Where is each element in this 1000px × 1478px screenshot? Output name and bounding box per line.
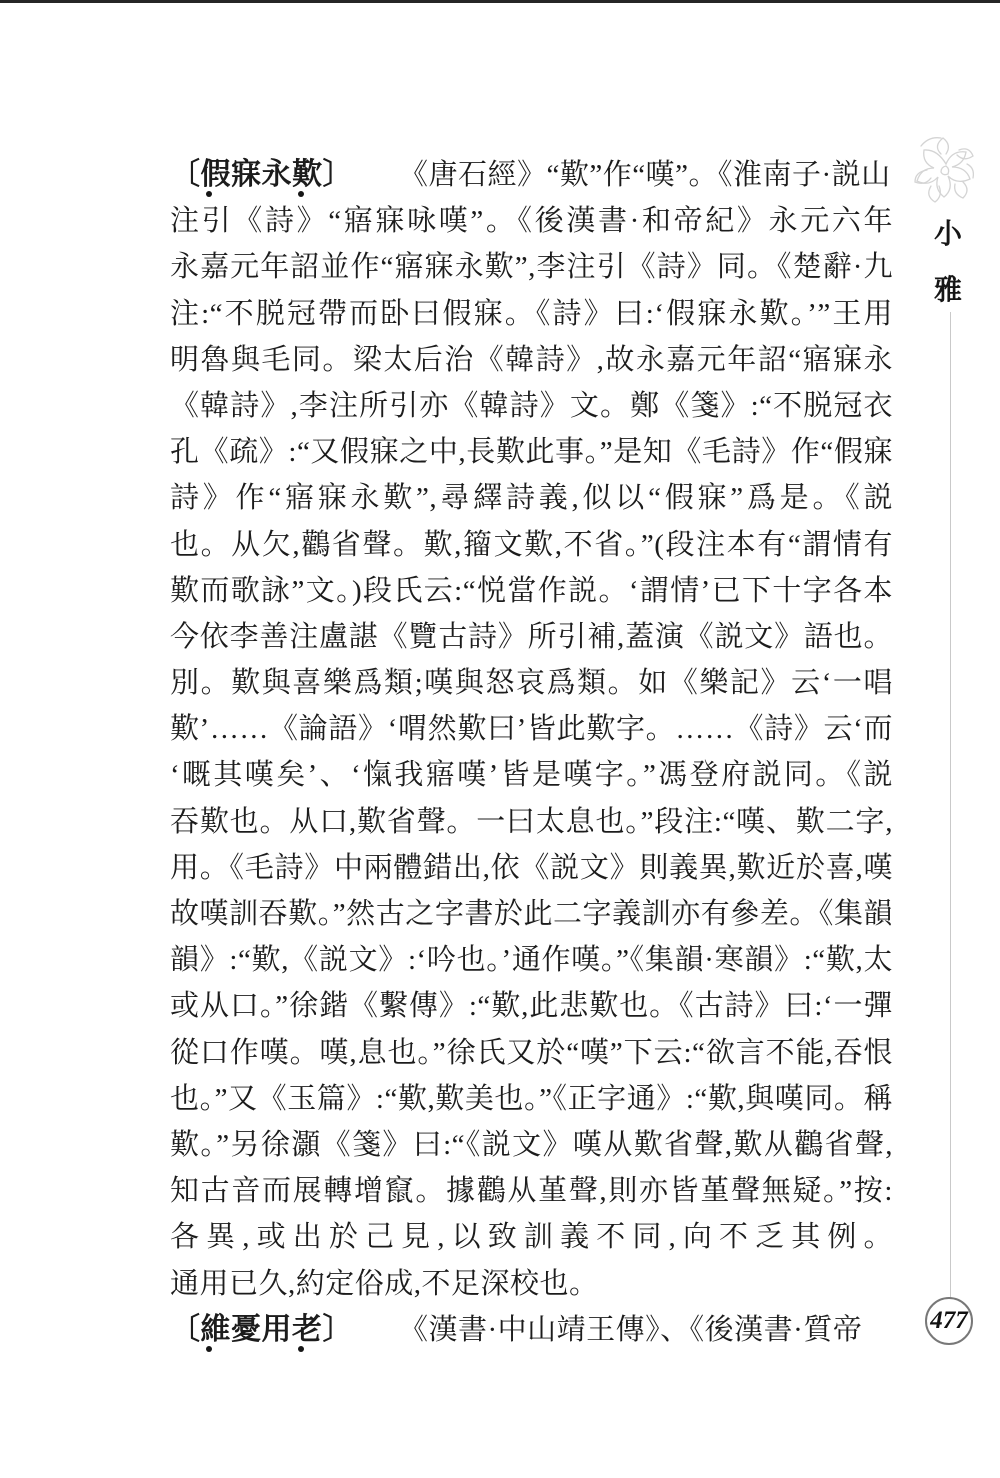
entry-headline: 〔維憂用老〕《漢書·中山靖王傳》、《後漢書·質帝紀》注 (170, 1307, 893, 1353)
scan-edge-artifact (0, 0, 1000, 3)
body-line: 韻》:“歎,《説文》:‘吟也。’通作嘆。”《集韻·寒韻》:“歎,太息也, (170, 937, 893, 983)
body-line: 歎而歌詠”文。)段氏云:“悦當作説。‘謂情’已下十字各本所無, (170, 568, 893, 614)
emphasis-dot (298, 191, 304, 197)
entry-headword: 〔維憂用老〕 (170, 1313, 353, 1346)
body-line: 孔《疏》:“又假寐之中,長歎此事。”是知《毛詩》作“假寐永歎”,《韓 (170, 429, 893, 475)
section-label: 小 雅 (928, 212, 968, 324)
body-line: 通用已久,約定俗成,不足深校也。 (170, 1261, 893, 1307)
body-line: 吞歎也。从口,歎省聲。一曰太息也。”段注:“嘆、歎二字,今人通 (170, 799, 893, 845)
body-line: 用。《毛詩》中兩體錯出,依《説文》則義異,歎近於喜,嘆近於哀。 (170, 845, 893, 891)
body-line: 也。从欠,鸛省聲。歎,籀文歎,不省。”(段注本有“謂情有所悦,吟 (170, 522, 893, 568)
section-label-char: 小 (928, 212, 968, 252)
entry-headline: 〔假寐永歎〕《唐石經》“歎”作“嘆”。《淮南子·説山訓》 (170, 152, 893, 198)
body-line: 詩》作“寤寐永歎”,尋繹詩義,似以“假寐”爲是。《説文》:“歎,吟 (170, 475, 893, 521)
section-label-char: 雅 (928, 268, 968, 308)
body-line: 從口作嘆。嘆,息也。”徐氏又於“嘆”下云:“欲言不能,吞恨而太息 (170, 1030, 893, 1076)
body-line: 注引《詩》“寤寐咏嘆”。《後漢書·和帝紀》永元六年詔、《質帝紀》 (170, 198, 893, 244)
body-line: 別。歎與喜樂爲類;嘆與怒哀爲類。如《樂記》云‘一唱而三 (170, 660, 893, 706)
body-line: 知古音而展轉增竄。據鸛从堇聲,則亦皆堇聲無疑。”按:諸家師傳 (170, 1168, 893, 1214)
emphasis-dot (298, 1346, 304, 1352)
body-line: 注:“不脱冠帶而卧曰假寐。《詩》曰:‘假寐永歎。’”王用《魯詩》, (170, 291, 893, 337)
body-line: 歎。”另徐灝《箋》曰:“《説文》嘆从歎省聲,歎从鸛省聲,乃後人不 (170, 1122, 893, 1168)
body-line: 永嘉元年詔並作“寤寐永歎”,李注引《詩》同。《楚辭·九懷》王逸 (170, 244, 893, 290)
page-number: 477 (930, 1307, 968, 1335)
emphasis-dot (206, 1346, 212, 1352)
entry-headword: 〔假寐永歎〕 (170, 158, 353, 191)
floral-stamp-icon (901, 124, 991, 221)
section-divider-line (950, 312, 951, 1298)
entry-body: 〔假寐永歎〕《唐石經》“歎”作“嘆”。《淮南子·説山訓》 注引《詩》“寤寐咏嘆”… (170, 152, 893, 1353)
body-line: ‘嘅其嘆矣’、‘愾我寤嘆’皆是嘆字。”馮登府説同。《説文》:“嘆, (170, 752, 893, 798)
body-line: 也。”又《玉篇》:“歎,歎美也。”《正字通》:“歎,與嘆同。稱美曰 (170, 1076, 893, 1122)
body-line: 《韓詩》,李注所引亦《韓詩》文。鄭《箋》:“不脱冠衣而寐曰假寐。” (170, 383, 893, 429)
body-line: 故嘆訓吞歎。”然古之字書於此二字義訓亦有參差。《集韻·翰 (170, 891, 893, 937)
book-page: 〔假寐永歎〕《唐石經》“歎”作“嘆”。《淮南子·説山訓》 注引《詩》“寤寐咏嘆”… (0, 0, 1000, 1478)
emphasis-dot (206, 191, 212, 197)
body-line: 或从口。”徐鍇《繫傳》:“歎,此悲歎也。《古詩》曰:‘一彈再三歎。’ (170, 983, 893, 1029)
body-line: 各異,或出於己見,以致訓義不同,向不乏其例。考“歎”、“嘆”二字 (170, 1214, 893, 1260)
page-number-badge: 477 (925, 1297, 973, 1345)
body-line: 歎’……《論語》‘喟然歎曰’皆此歎字。……《詩》云‘而無永嘆’、 (170, 706, 893, 752)
body-line: 明魯與毛同。梁太后治《韓詩》,故永嘉元年詔“寤寐永歎”句即用 (170, 337, 893, 383)
body-line: 今依李善注盧諶《覽古詩》所引補,蓋演《説文》語也。古歎與嘆義 (170, 614, 893, 660)
